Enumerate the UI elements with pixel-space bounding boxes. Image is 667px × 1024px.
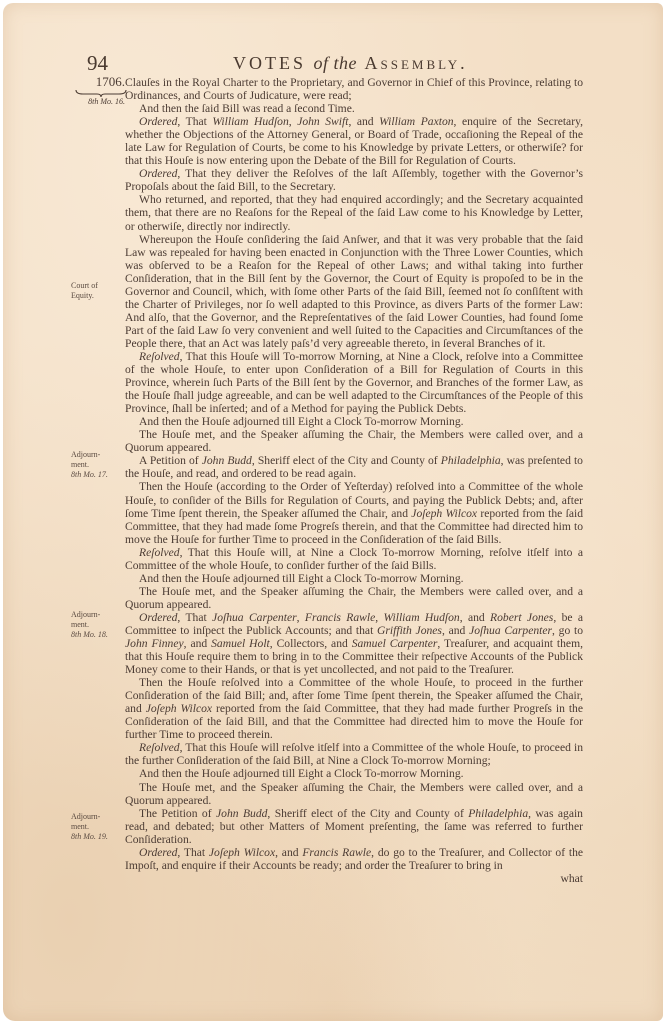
- italic-text: John Budd: [202, 454, 252, 467]
- text: Clauſes in the Royal Charter to the Prop…: [125, 76, 583, 102]
- italic-text: Philadelphia: [441, 454, 501, 467]
- italic-text: William Paxton: [379, 115, 453, 128]
- italic-text: Joſeph Wilcox: [411, 507, 477, 520]
- margin-date: 8th Mo. 19.: [71, 832, 123, 842]
- running-title: VOTES of the Assembly.: [233, 53, 468, 74]
- italic-text: Joſhua Carpenter: [469, 624, 552, 637]
- italic-text: Samuel Carpenter: [352, 637, 438, 650]
- text: , and: [275, 846, 302, 859]
- text: And then the ſaid Bill was read a ſecond…: [139, 102, 355, 115]
- text: And then the Houſe adjourned till Eight …: [139, 572, 464, 585]
- paragraph: Ordered, That Joſhua Carpenter, Francis …: [125, 611, 583, 676]
- italic-text: Robert Jones: [490, 611, 553, 624]
- paragraph: A Petition of John Budd, Sheriff elect o…: [125, 454, 583, 480]
- document-page: 94 VOTES of the Assembly. 1706. 8th Mo. …: [3, 3, 663, 1021]
- paragraph: Whereupon the Houſe conſidering the ſaid…: [125, 233, 583, 350]
- italic-text: Ordered: [139, 846, 177, 859]
- margin-note-adjournment-18: Adjourn- ment. 8th Mo. 18.: [71, 610, 123, 640]
- title-assembly: Assembly.: [365, 53, 468, 73]
- text: , That they deliver the Reſolves of the …: [125, 167, 583, 193]
- catchword: what: [125, 872, 583, 885]
- italic-text: William Hudſon: [384, 611, 460, 624]
- text: , and: [460, 611, 490, 624]
- text: , That: [177, 115, 212, 128]
- text: And then the Houſe adjourned till Eight …: [139, 415, 464, 428]
- title-votes: VOTES: [233, 53, 306, 73]
- margin-year-note: 1706. 8th Mo. 16.: [73, 75, 127, 107]
- margin-line: ment.: [71, 822, 123, 832]
- paragraph: Reſolved, That this Houſe will, at Nine …: [125, 546, 583, 572]
- text: Who returned, and reported, that they ha…: [125, 193, 583, 232]
- margin-note-adjournment-17: Adjourn- ment. 8th Mo. 17.: [71, 450, 123, 480]
- brace-icon: [73, 89, 127, 97]
- paragraph: The Houſe met, and the Speaker aſſuming …: [125, 428, 583, 454]
- italic-text: William Hudſon: [212, 115, 288, 128]
- paragraph: Ordered, That William Hudſon, John Swift…: [125, 115, 583, 167]
- margin-line: ment.: [71, 620, 123, 630]
- text: , Collectors, and: [270, 637, 352, 650]
- italic-text: Joſeph Wilcox: [146, 702, 212, 715]
- text: ,: [375, 611, 383, 624]
- paragraph: Then the Houſe reſolved into a Committee…: [125, 676, 583, 741]
- text: , That this Houſe will, at Nine a Clock …: [125, 546, 583, 572]
- text: , and: [442, 624, 469, 637]
- text: ,: [289, 115, 297, 128]
- italic-text: John Swift: [297, 115, 348, 128]
- italic-text: Ordered: [139, 115, 177, 128]
- italic-text: Philadelphia: [468, 807, 528, 820]
- italic-text: Reſolved: [139, 546, 180, 559]
- italic-text: Ordered: [139, 167, 177, 180]
- margin-line: Court of: [71, 281, 123, 291]
- margin-line: Equity.: [71, 291, 123, 301]
- text: , That: [177, 846, 208, 859]
- paragraph: The Petition of John Budd, Sheriff elect…: [125, 807, 583, 846]
- italic-text: Samuel Holt: [211, 637, 270, 650]
- paragraph: Ordered, That they deliver the Reſolves …: [125, 167, 583, 193]
- text: , and: [184, 637, 211, 650]
- text: , Sheriff elect of the City and County o…: [267, 807, 468, 820]
- margin-line: Adjourn-: [71, 812, 123, 822]
- margin-note-adjournment-19: Adjourn- ment. 8th Mo. 19.: [71, 812, 123, 842]
- text: , and: [348, 115, 379, 128]
- paragraph: And then the Houſe adjourned till Eight …: [125, 767, 583, 780]
- text: , go to: [552, 624, 583, 637]
- paragraph: And then the ſaid Bill was read a ſecond…: [125, 102, 583, 115]
- paragraph: Then the Houſe (according to the Order o…: [125, 480, 583, 545]
- margin-line: Adjourn-: [71, 450, 123, 460]
- text: ,: [297, 611, 305, 624]
- page-number: 94: [87, 51, 108, 76]
- text: , That: [177, 611, 212, 624]
- text: The Petition of: [139, 807, 216, 820]
- paragraph: Reſolved, That this Houſe will To-morrow…: [125, 350, 583, 415]
- italic-text: Ordered: [139, 611, 177, 624]
- italic-text: Joſeph Wilcox: [209, 846, 275, 859]
- margin-date: 8th Mo. 16.: [73, 97, 127, 107]
- margin-year: 1706.: [73, 75, 127, 89]
- paragraph: Clauſes in the Royal Charter to the Prop…: [125, 76, 583, 102]
- margin-line: Adjourn-: [71, 610, 123, 620]
- italic-text: Reſolved: [139, 741, 180, 754]
- italic-text: John Finney: [125, 637, 184, 650]
- page-header: 94 VOTES of the Assembly.: [87, 51, 587, 75]
- paragraph: Who returned, and reported, that they ha…: [125, 193, 583, 232]
- text: The Houſe met, and the Speaker aſſuming …: [125, 585, 583, 611]
- text: The Houſe met, and the Speaker aſſuming …: [125, 428, 583, 454]
- text: And then the Houſe adjourned till Eight …: [139, 767, 464, 780]
- italic-text: Francis Rawle: [305, 611, 375, 624]
- margin-date: 8th Mo. 17.: [71, 470, 123, 480]
- text: , That this Houſe will reſolve itſelf in…: [125, 741, 583, 767]
- italic-text: Francis Rawle: [302, 846, 371, 859]
- margin-note-court-of-equity: Court of Equity.: [71, 281, 123, 301]
- italic-text: Griffith Jones: [377, 624, 442, 637]
- text: , That this Houſe will To-morrow Morning…: [125, 350, 583, 415]
- text: , Sheriff elect of the City and County o…: [252, 454, 441, 467]
- italic-text: Joſhua Carpenter: [212, 611, 297, 624]
- title-of-the: of the: [314, 53, 358, 73]
- document-body: Clauſes in the Royal Charter to the Prop…: [125, 76, 583, 885]
- paragraph: And then the Houſe adjourned till Eight …: [125, 415, 583, 428]
- paragraph: The Houſe met, and the Speaker aſſuming …: [125, 781, 583, 807]
- paragraph: And then the Houſe adjourned till Eight …: [125, 572, 583, 585]
- paragraph: Ordered, That Joſeph Wilcox, and Francis…: [125, 846, 583, 872]
- margin-line: ment.: [71, 460, 123, 470]
- margin-date: 8th Mo. 18.: [71, 630, 123, 640]
- paragraph: Reſolved, That this Houſe will reſolve i…: [125, 741, 583, 767]
- text: The Houſe met, and the Speaker aſſuming …: [125, 781, 583, 807]
- italic-text: Reſolved: [139, 350, 180, 363]
- text: Whereupon the Houſe conſidering the ſaid…: [125, 233, 583, 350]
- italic-text: John Budd: [216, 807, 267, 820]
- paragraph: The Houſe met, and the Speaker aſſuming …: [125, 585, 583, 611]
- text: A Petition of: [139, 454, 202, 467]
